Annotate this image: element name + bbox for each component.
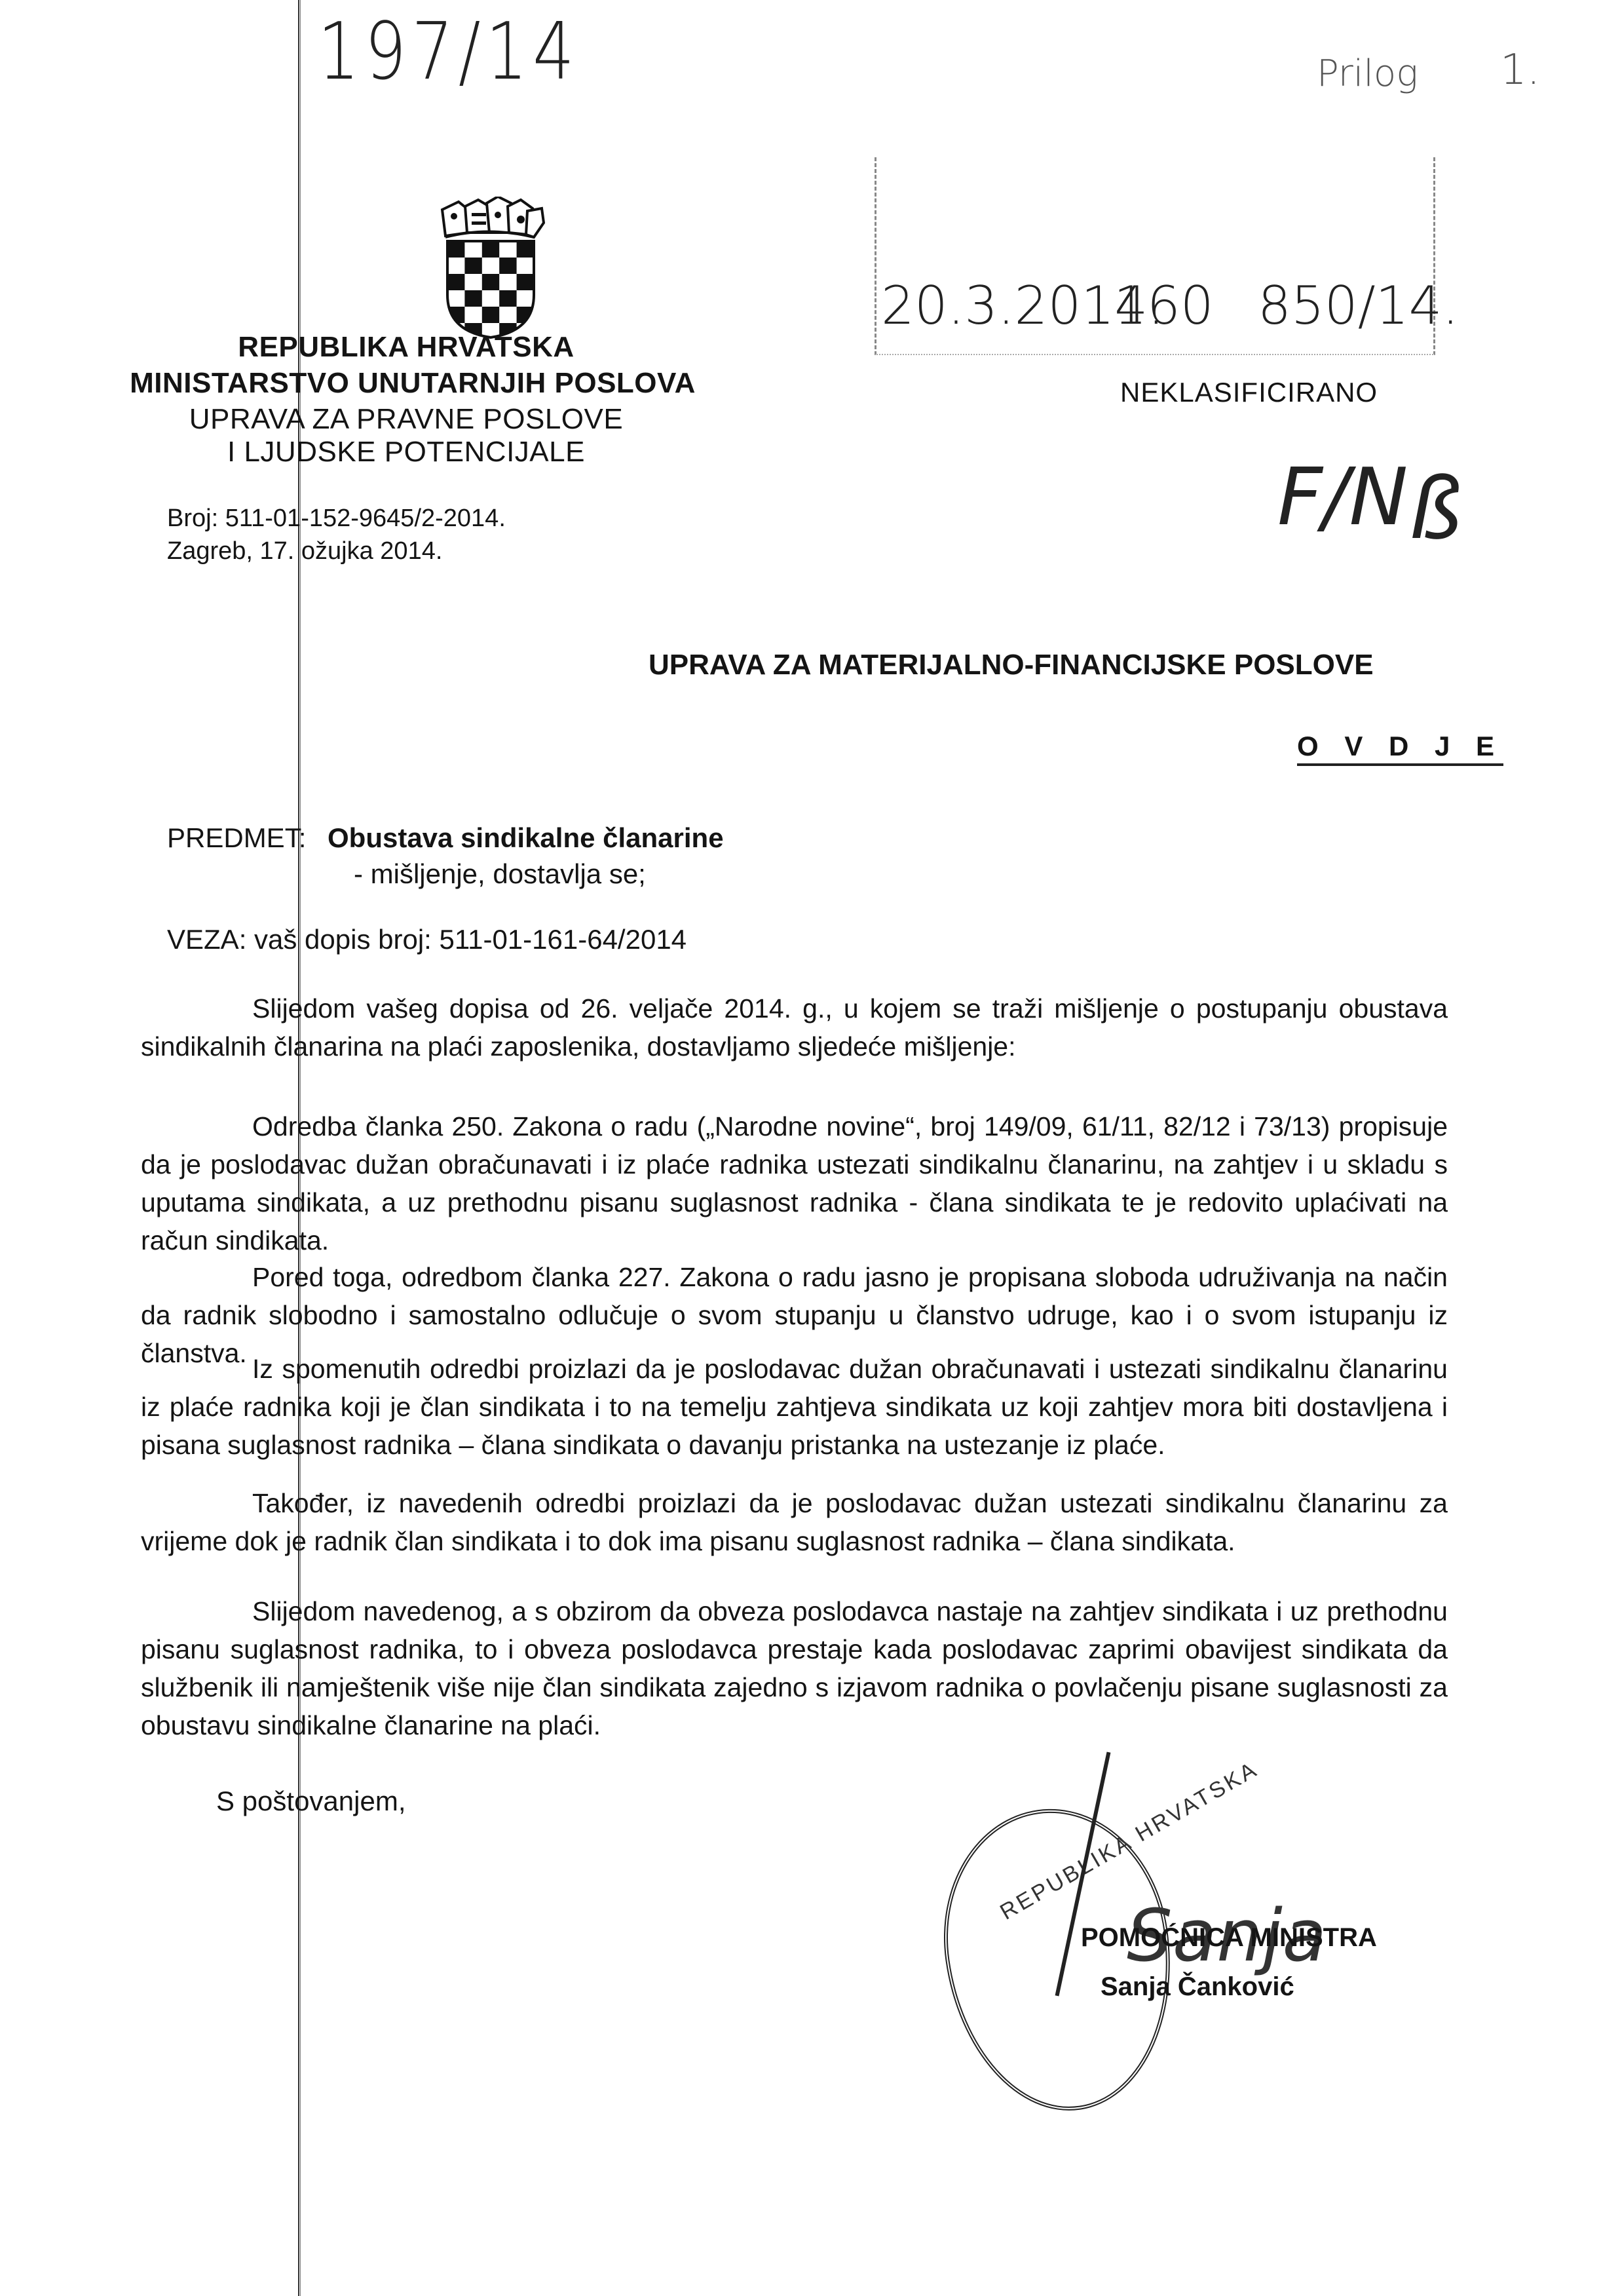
signatory-title: POMOĆNICA MINISTRA	[1081, 1923, 1377, 1953]
org-line-directorate-cont: I LJUDSKE POTENCIJALE	[0, 436, 812, 469]
subject-label: PREDMET:	[167, 822, 306, 854]
signatory-name: Sanja Čanković	[1101, 1972, 1294, 2002]
receipt-code: 160	[1114, 275, 1214, 336]
receipt-number: 850/14.	[1258, 275, 1459, 336]
body-paragraph: Također, iz navedenih odredbi proizlazi …	[141, 1484, 1448, 1560]
org-line-state: REPUBLIKA HRVATSKA	[0, 331, 812, 364]
handwritten-file-number: 197/14	[318, 5, 580, 97]
place-date: Zagreb, 17. ožujka 2014.	[167, 537, 442, 565]
subject-subtitle: - mišljenje, dostavlja se;	[354, 858, 646, 890]
reference-number: Broj: 511-01-152-9645/2-2014.	[167, 505, 506, 533]
body-paragraph: Odredba članka 250. Zakona o radu („Naro…	[141, 1107, 1448, 1259]
handwritten-initials: ß	[1408, 459, 1462, 558]
recipient-location: O V D J E	[1297, 731, 1503, 766]
body-paragraph: Slijedom vašeg dopisa od 26. veljače 201…	[141, 989, 1448, 1065]
connection-reference: VEZA: vaš dopis broj: 511-01-161-64/2014	[167, 924, 687, 955]
handwritten-attachment-label: Prilog	[1317, 52, 1418, 95]
body-paragraph: Iz spomenutih odredbi proizlazi da je po…	[141, 1350, 1448, 1464]
body-paragraph: Slijedom navedenog, a s obzirom da obvez…	[141, 1592, 1448, 1744]
handwritten-attachment-number: 1.	[1500, 46, 1540, 94]
croatian-coat-of-arms-icon	[429, 197, 547, 341]
org-line-ministry: MINISTARSTVO UNUTARNJIH POSLOVA	[7, 367, 819, 400]
recipient-name: UPRAVA ZA MATERIJALNO-FINANCIJSKE POSLOV…	[649, 649, 1374, 681]
subject-title: Obustava sindikalne članarine	[328, 822, 724, 854]
handwritten-routing-mark: F/N	[1277, 452, 1408, 543]
classification-label: NEKLASIFICIRANO	[1120, 377, 1378, 408]
org-line-directorate: UPRAVA ZA PRAVNE POSLOVE	[0, 403, 812, 436]
closing-salutation: S poštovanjem,	[216, 1786, 406, 1817]
